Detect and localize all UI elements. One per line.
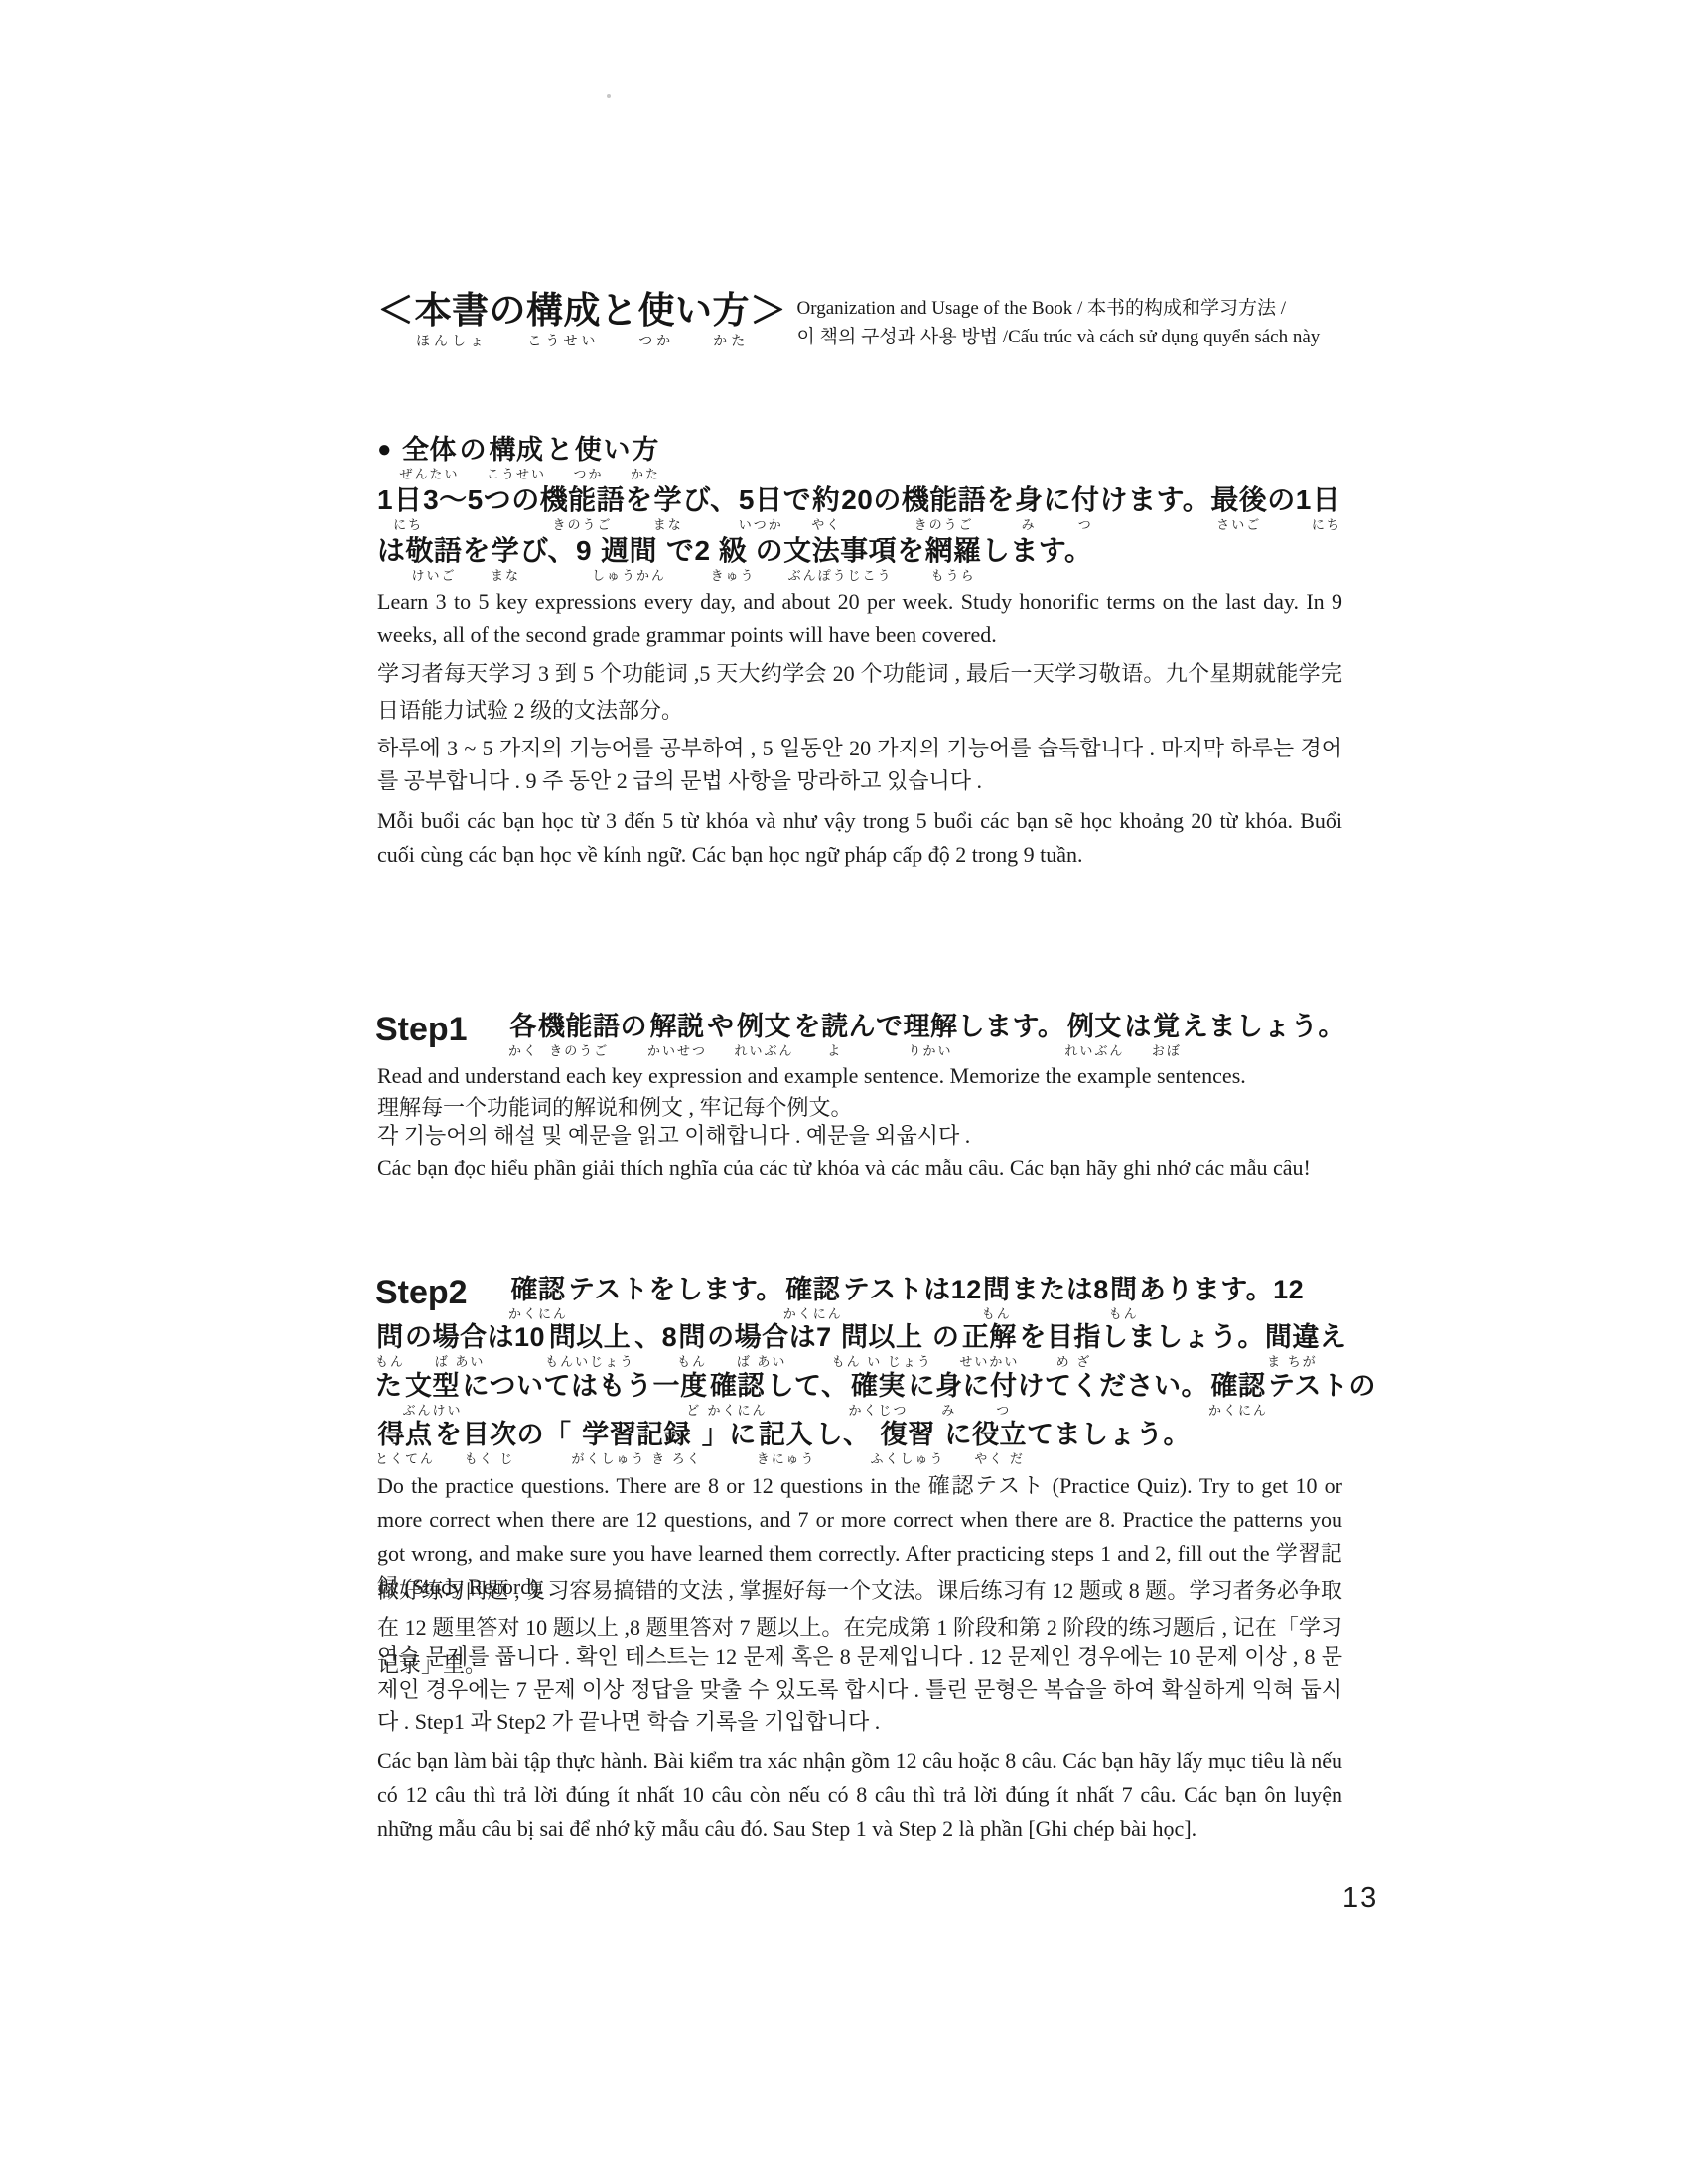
step2-heading-line1: Step2 確認かくにんテストをします。確認かくにんテストは12問もんまたは8問…	[375, 1274, 1304, 1321]
bullet-icon: ●	[377, 434, 392, 466]
step1-heading-text: 各かく機能語きのうごの解説かいせつや例文れいぶんを読よんで理解りかいします。例文…	[508, 1011, 1345, 1058]
title-translation-line1: Organization and Usage of the Book / 本书的…	[797, 294, 1321, 323]
overview-jp-line2: は敬語けいごを学まなび、9週間しゅうかんで2級きゅうの文法事項ぶんぽうじこうを網…	[377, 534, 1341, 583]
overview-heading-text: 全体ぜんたいの構成こうせいと使つかい方かた	[400, 434, 661, 481]
overview-chinese: 学习者每天学习 3 到 5 个功能词 ,5 天大约学会 20 个功能词 , 最后…	[377, 655, 1342, 729]
book-page: ＜本書ほんしょの構成こうせいと使つかい方かた＞ Organization and…	[0, 0, 1688, 2184]
overview-jp-paragraph: 1日にち3～5つの機能語きのうごを学まなび、5日いつかで約やく20の機能語きのう…	[377, 483, 1341, 583]
step1-korean: 각 기능어의 해설 및 예문을 읽고 이해합니다 . 예문을 외웁시다 .	[377, 1120, 970, 1152]
step1-heading-line: Step1 各かく機能語きのうごの解説かいせつや例文れいぶんを読よんで理解りかい…	[375, 1011, 1345, 1058]
page-title: ＜本書ほんしょの構成こうせいと使つかい方かた＞	[377, 288, 787, 347]
overview-english: Learn 3 to 5 key expressions every day, …	[377, 585, 1342, 652]
step1-english: Read and understand each key expression …	[377, 1060, 1246, 1092]
step2-heading-text-line1: 確認かくにんテストをします。確認かくにんテストは12問もんまたは8問もんあります…	[508, 1274, 1304, 1321]
step1-label: Step1	[375, 1011, 508, 1048]
page-title-row: ＜本書ほんしょの構成こうせいと使つかい方かた＞ Organization and…	[377, 288, 1320, 351]
page-number: 13	[1342, 1882, 1378, 1915]
overview-vietnamese: Mỗi buổi các bạn học từ 3 đến 5 từ khóa …	[377, 804, 1342, 872]
step1-vietnamese: Các bạn đọc hiểu phần giải thích nghĩa c…	[377, 1153, 1311, 1184]
overview-jp-line1: 1日にち3～5つの機能語きのうごを学まなび、5日いつかで約やく20の機能語きのう…	[377, 483, 1341, 532]
step2-vietnamese: Các bạn làm bài tập thực hành. Bài kiểm …	[377, 1744, 1342, 1845]
step2-korean: 연습 문제를 풉니다 . 확인 테스트는 12 문제 혹은 8 문제입니다 . …	[377, 1640, 1342, 1738]
overview-heading: ● 全体ぜんたいの構成こうせいと使つかい方かた	[377, 434, 660, 481]
print-speck	[607, 94, 611, 98]
overview-korean: 하루에 3 ~ 5 가지의 기능어를 공부하여 , 5 일동안 20 가지의 기…	[377, 732, 1342, 797]
title-translation-line2: 이 책의 구성과 사용 방법 /Cấu trúc và cách sử dụng…	[797, 323, 1321, 351]
title-translations: Organization and Usage of the Book / 本书的…	[797, 294, 1321, 351]
step2-heading-text-line4: 得点とくてんを目次もく じの「学習記録がくしゅう き ろく」に記入きにゅうし、復…	[375, 1419, 1191, 1466]
step2-heading-text-line3: た文型ぶんけいについてはもう一度ど確認かくにんして、確実かくじつに身みに付つけて…	[375, 1370, 1376, 1418]
step2-heading-text-line2: 問もんの場合ば あいは10問以上もんいじょう、8問もんの場合ば あいは7問以上も…	[375, 1321, 1346, 1369]
step2-heading: Step2 確認かくにんテストをします。確認かくにんテストは12問もんまたは8問…	[375, 1274, 1376, 1466]
step1-heading: Step1 各かく機能語きのうごの解説かいせつや例文れいぶんを読よんで理解りかい…	[375, 1011, 1345, 1058]
step2-label: Step2	[375, 1274, 508, 1311]
